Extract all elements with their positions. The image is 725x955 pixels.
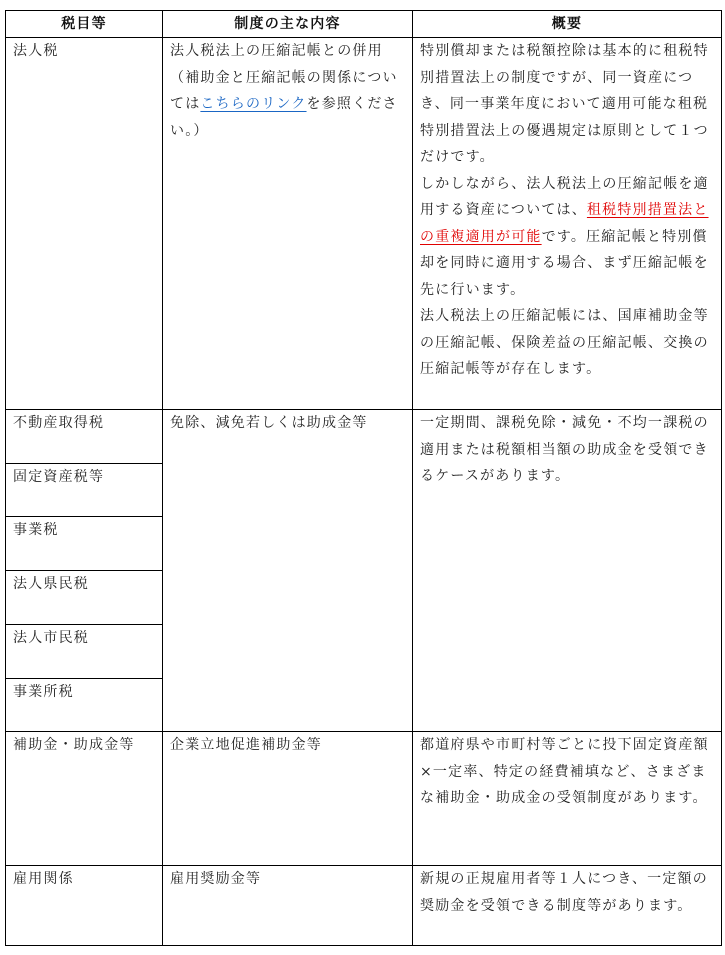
table-row-corporate-tax: 法人税 法人税法上の圧縮記帳との併用（補助金と圧縮記帳の関係についてはこちらのリ…: [6, 38, 722, 410]
header-tax-category: 税目等: [6, 11, 163, 38]
category-cell: 固定資産税等: [6, 464, 163, 517]
category-cell: 事業所税: [6, 679, 163, 732]
summary-cell: 一定期間、課税免除・減免・不均一課税の適用または税額相当額の助成金を受領できるケ…: [413, 410, 722, 732]
header-summary: 概要: [413, 11, 722, 38]
summary-paragraph-3: 法人税法上の圧縮記帳には、国庫補助金等の圧縮記帳、保険差益の圧縮記帳、交換の圧縮…: [420, 303, 714, 383]
table-row-local-tax: 不動産取得税 免除、減免若しくは助成金等 一定期間、課税免除・減免・不均一課税の…: [6, 410, 722, 464]
header-main-content: 制度の主な内容: [163, 11, 413, 38]
content-cell: 法人税法上の圧縮記帳との併用（補助金と圧縮記帳の関係についてはこちらのリンクを参…: [163, 38, 413, 410]
category-cell: 事業税: [6, 517, 163, 571]
category-cell: 法人税: [6, 38, 163, 410]
summary-cell: 新規の正規雇用者等１人につき、一定額の奨励金を受領できる制度等があります。: [413, 866, 722, 946]
category-cell: 雇用関係: [6, 866, 163, 946]
content-cell: 企業立地促進補助金等: [163, 732, 413, 866]
summary-cell: 特別償却または税額控除は基本的に租税特別措置法上の制度ですが、同一資産につき、同…: [413, 38, 722, 410]
table-row-subsidies: 補助金・助成金等 企業立地促進補助金等 都道府県や市町村等ごとに投下固定資産額×…: [6, 732, 722, 866]
summary-paragraph-1: 特別償却または税額控除は基本的に租税特別措置法上の制度ですが、同一資産につき、同…: [420, 38, 714, 171]
table-row-employment: 雇用関係 雇用奨励金等 新規の正規雇用者等１人につき、一定額の奨励金を受領できる…: [6, 866, 722, 946]
category-cell: 法人市民税: [6, 625, 163, 679]
summary-cell: 都道府県や市町村等ごとに投下固定資産額×一定率、特定の経費補填など、さまざまな補…: [413, 732, 722, 866]
summary-paragraph-2: しかしながら、法人税法上の圧縮記帳を適用する資産については、租税特別措置法との重…: [420, 171, 714, 304]
content-cell: 雇用奨励金等: [163, 866, 413, 946]
header-row: 税目等 制度の主な内容 概要: [6, 11, 722, 38]
category-cell: 不動産取得税: [6, 410, 163, 464]
category-cell: 補助金・助成金等: [6, 732, 163, 866]
reference-link[interactable]: こちらのリンク: [200, 96, 306, 112]
category-cell: 法人県民税: [6, 571, 163, 625]
content-cell: 免除、減免若しくは助成金等: [163, 410, 413, 732]
tax-incentives-table: 税目等 制度の主な内容 概要 法人税 法人税法上の圧縮記帳との併用（補助金と圧縮…: [5, 10, 722, 946]
